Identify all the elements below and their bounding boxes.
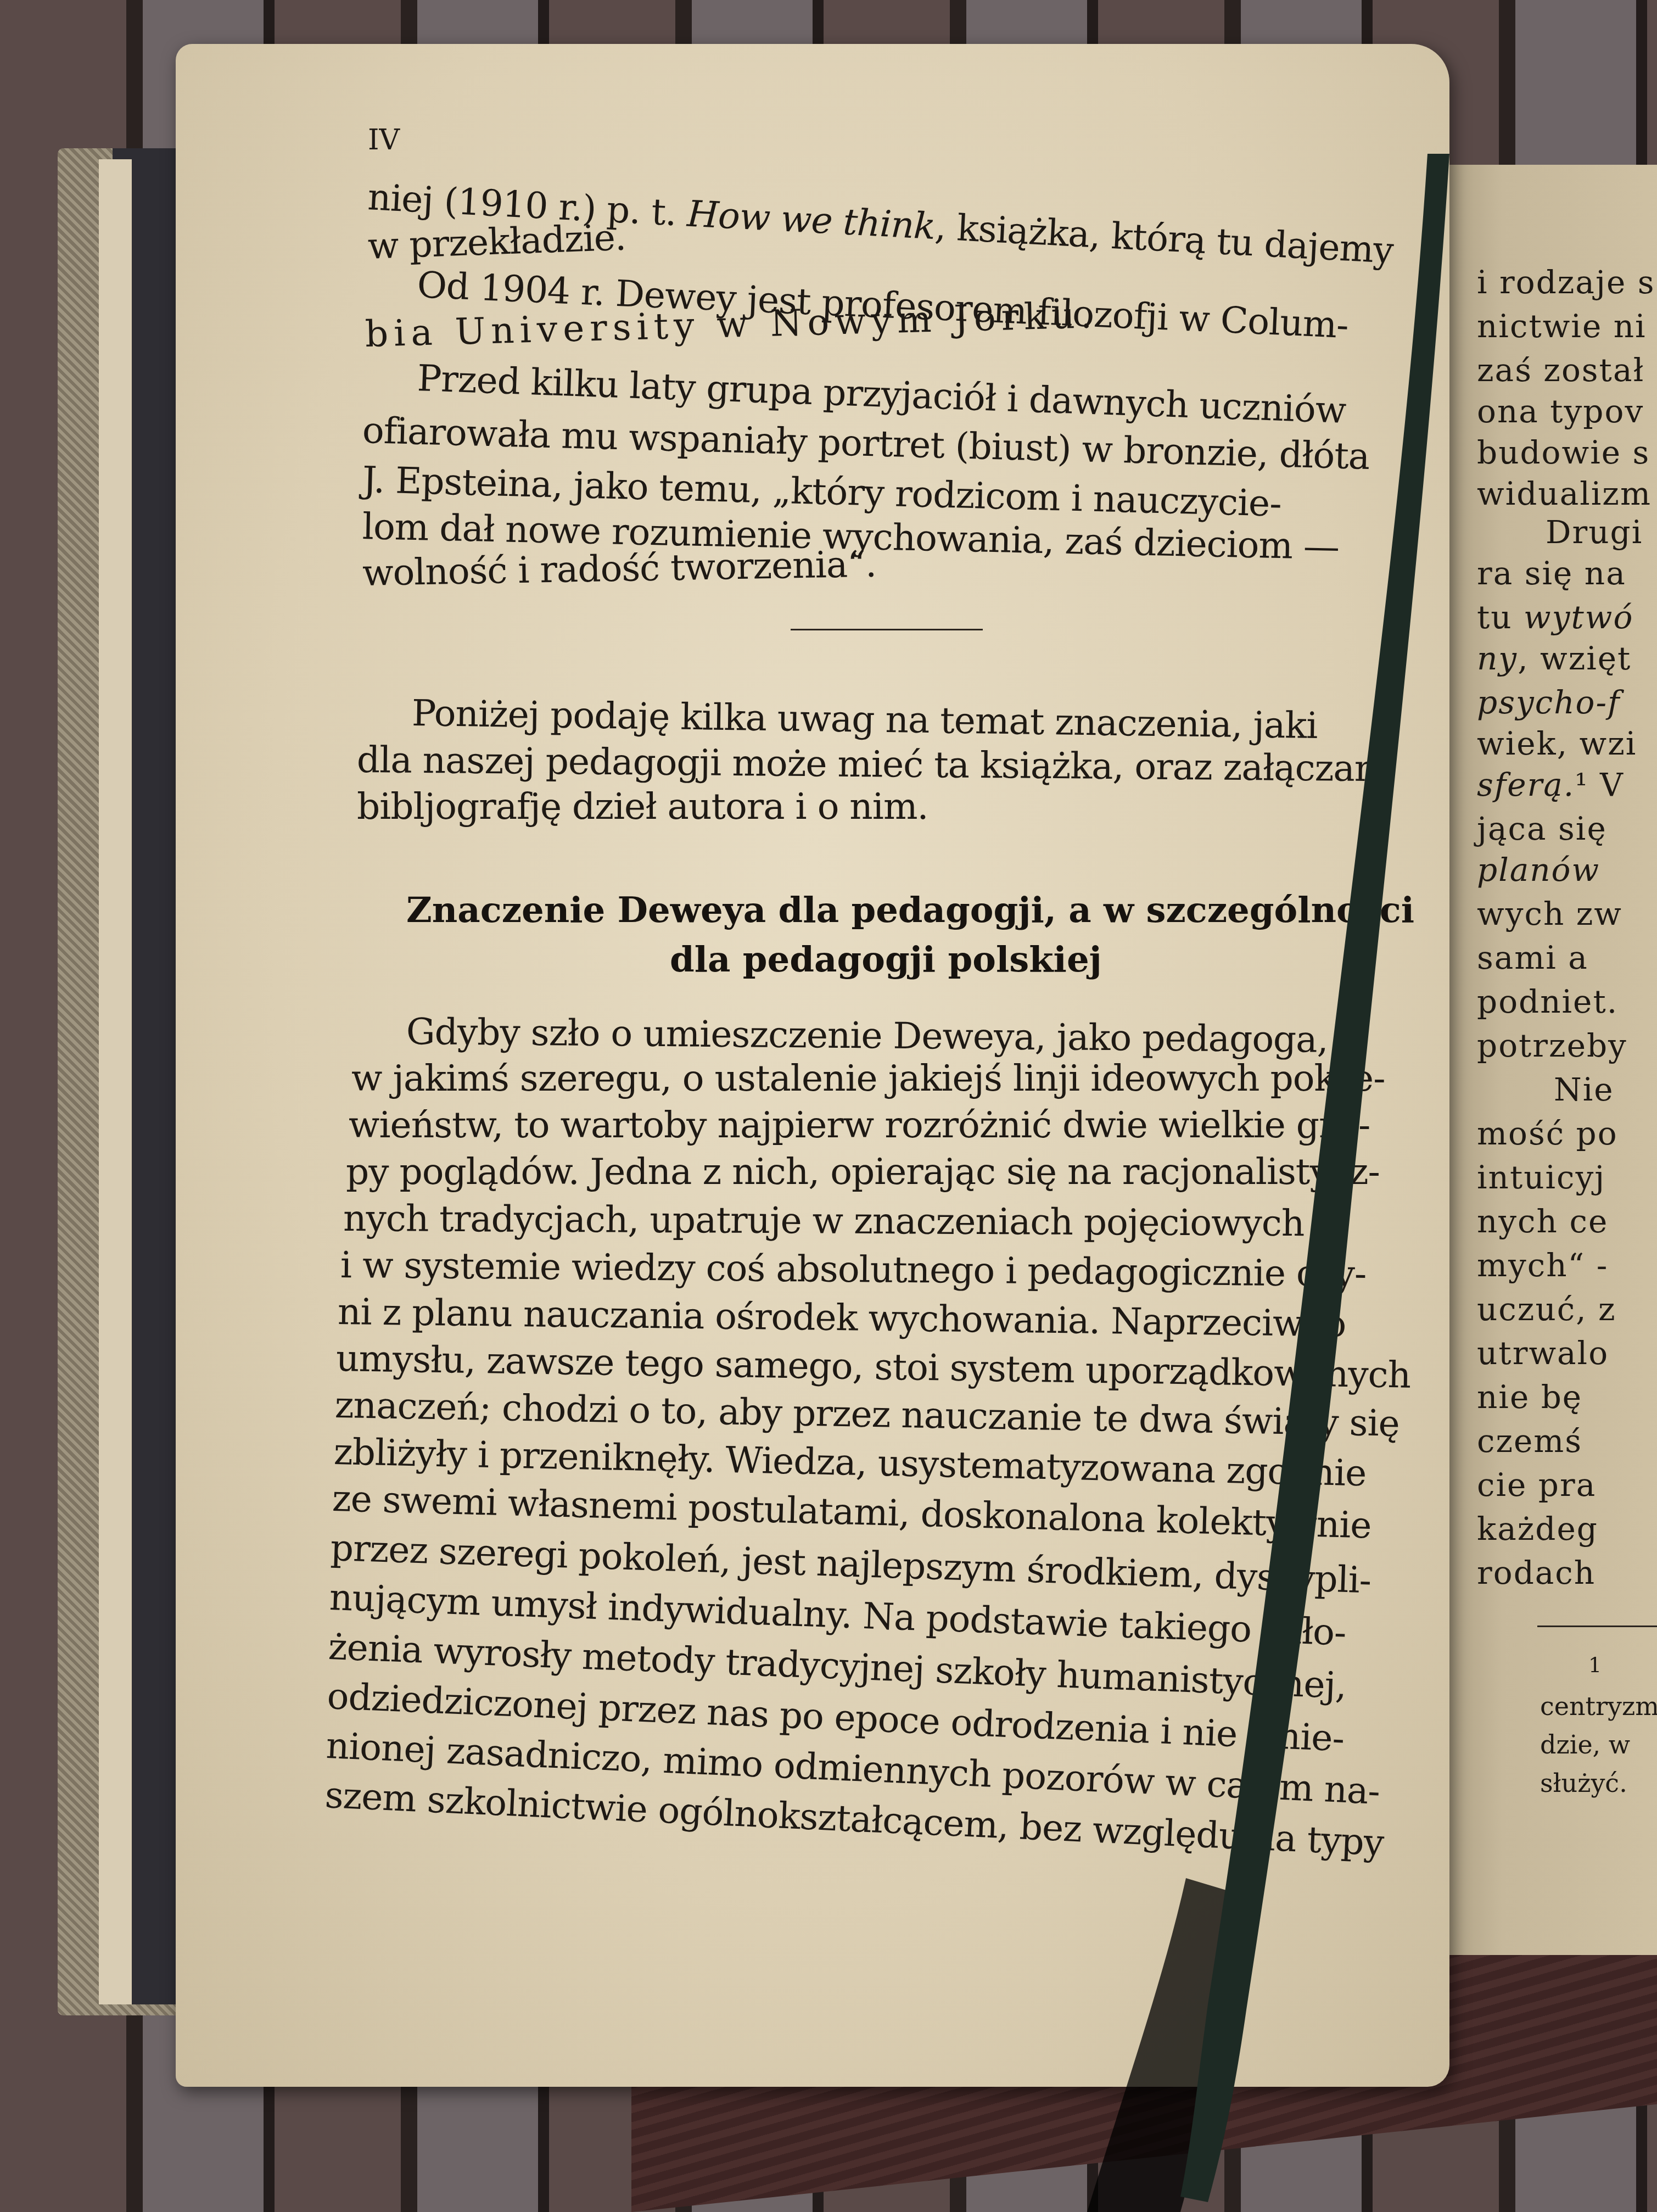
- text-line: ona typov: [1477, 393, 1644, 430]
- text-line: jąca się: [1477, 810, 1607, 847]
- text-line: planów: [1477, 851, 1600, 889]
- section-heading: Znaczenie Deweya dla pedagogji, a w szcz…: [406, 890, 1414, 931]
- text-line: w jakimś szeregu, o ustalenie jakiejś li…: [351, 1057, 1385, 1099]
- book-endpaper: [99, 159, 132, 2004]
- footnote-rule: [1537, 1626, 1657, 1627]
- text-line: wych zw: [1477, 895, 1622, 932]
- text-line: Nie: [1554, 1071, 1614, 1108]
- text-line: i rodzaje s: [1477, 264, 1655, 301]
- footnote-line: centryzm: [1540, 1691, 1657, 1721]
- text-line: nych ce: [1477, 1203, 1608, 1240]
- text-line: wieństw, to wartoby najpierw rozróżnić d…: [349, 1104, 1370, 1146]
- text-line: sami a: [1477, 939, 1588, 976]
- text-line: ny, wzięt: [1477, 640, 1631, 677]
- text-line: wolność i radość tworzenia“.: [362, 543, 876, 594]
- text-line: czemś: [1477, 1422, 1582, 1460]
- section-divider: [791, 629, 983, 630]
- text-line: Gdyby szło o umieszczenie Deweya, jako p…: [406, 1010, 1328, 1061]
- text-line: nych tradycjach, upatruje w znaczeniach …: [343, 1197, 1305, 1244]
- text-line: dla naszej pedagogji może mieć ta książk…: [357, 739, 1389, 790]
- text-line: zaś został: [1477, 351, 1644, 389]
- text-line: każdeg: [1477, 1510, 1598, 1548]
- page-number: IV: [368, 124, 400, 157]
- text-line: py poglądów. Jedna z nich, opierając się…: [346, 1150, 1380, 1193]
- text-line: bibljografję dzieł autora i o nim.: [357, 785, 928, 828]
- text-line: potrzeby: [1477, 1027, 1627, 1064]
- footnote-marker: 1: [1588, 1653, 1602, 1677]
- text-line: widualizm: [1477, 475, 1652, 512]
- text-line: uczuć, z: [1477, 1291, 1616, 1328]
- text-line: rodach: [1477, 1554, 1596, 1591]
- text-line: intuicyj: [1477, 1159, 1605, 1196]
- text-line: tu wytwó: [1477, 599, 1633, 636]
- text-line: utrwalo: [1477, 1334, 1609, 1372]
- text-line: i w systemie wiedzy coś absolutnego i pe…: [340, 1244, 1367, 1295]
- text-line: wiek, wzi: [1477, 725, 1637, 762]
- text-line: nictwie ni: [1477, 308, 1647, 345]
- text-line: podniet.: [1477, 983, 1618, 1020]
- text-line: nie bę: [1477, 1378, 1582, 1416]
- text-line: Drugi: [1546, 513, 1643, 551]
- text-line: ra się na: [1477, 555, 1626, 592]
- footnote-line: dzie, w: [1540, 1730, 1630, 1759]
- text-line: cie pra: [1477, 1466, 1596, 1504]
- text-line: sferą.¹ V: [1477, 766, 1624, 803]
- text-line: mych“ -: [1477, 1247, 1608, 1284]
- text-line: psycho-f: [1477, 684, 1620, 721]
- text-line: budowie s: [1477, 434, 1650, 471]
- footnote-line: służyć.: [1540, 1768, 1627, 1798]
- text-line: w przekładzie.: [367, 216, 626, 267]
- text-line: mość po: [1477, 1115, 1618, 1152]
- section-heading-continued: dla pedagogji polskiej: [670, 939, 1102, 980]
